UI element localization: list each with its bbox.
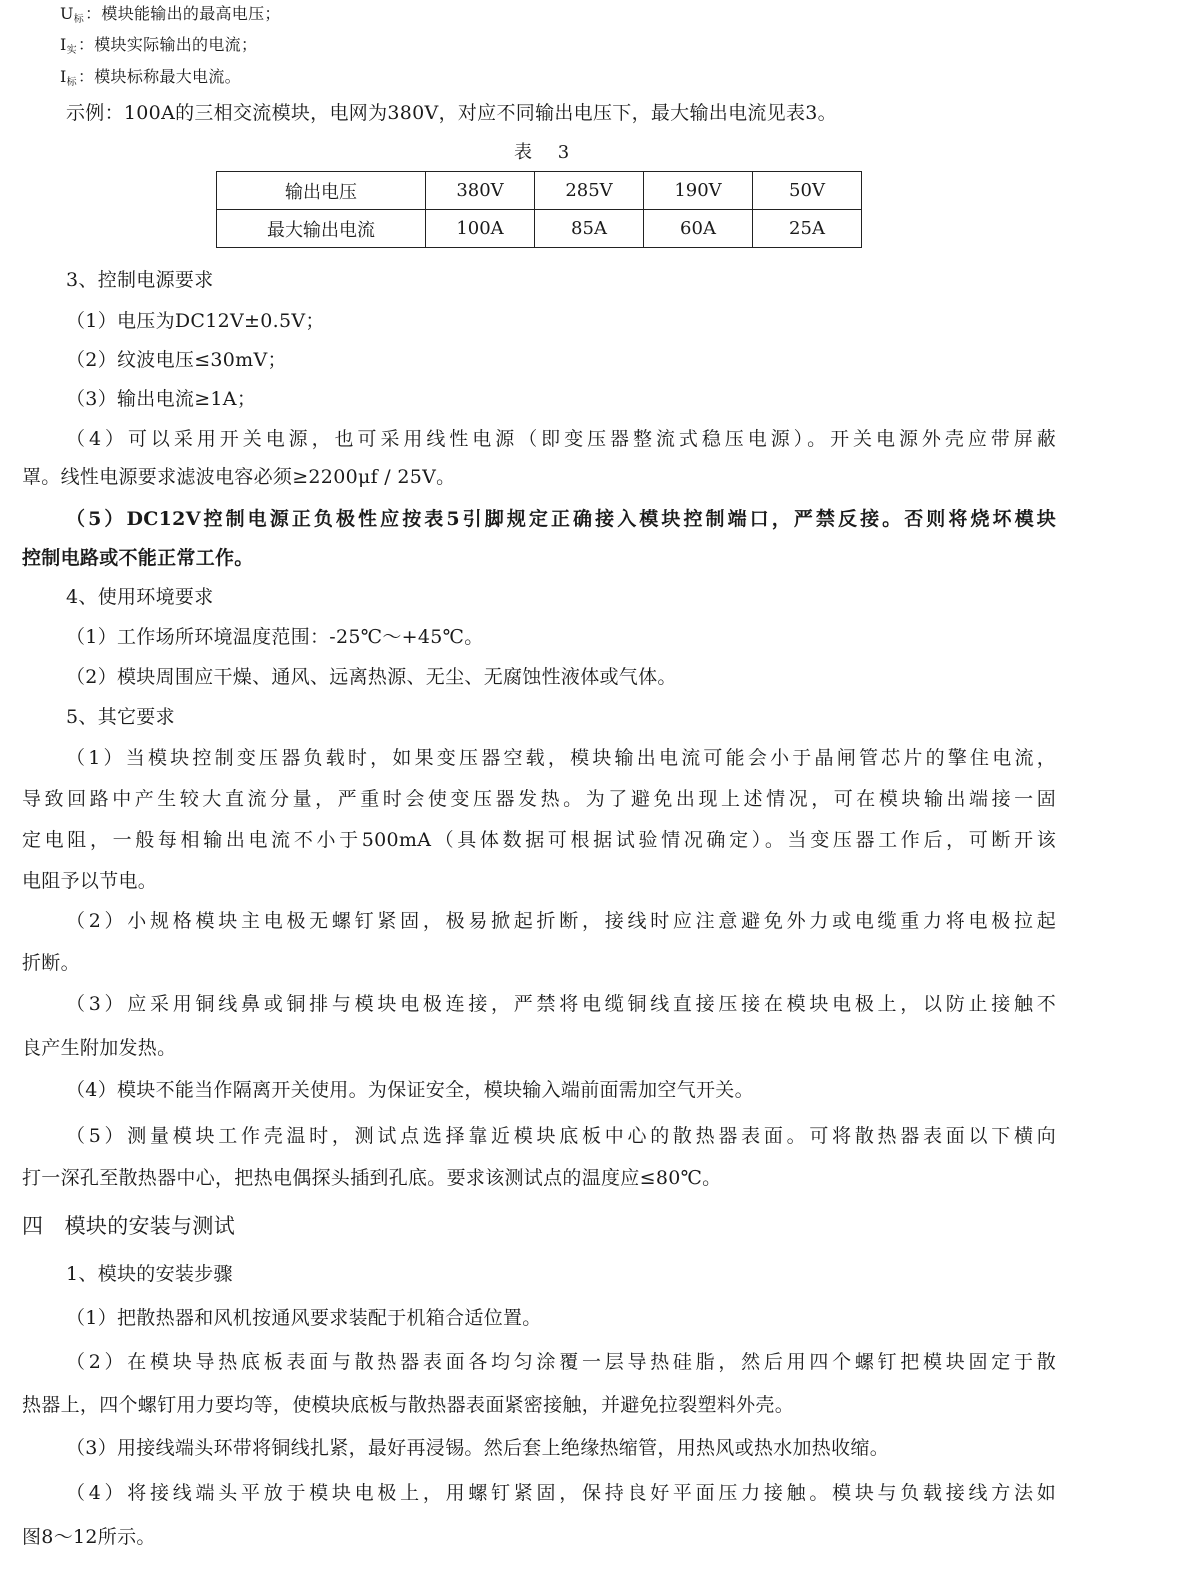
section-5-item-3-line-2: 良产生附加发热。 bbox=[22, 1036, 176, 1060]
section-3-item-2: （2）纹波电压≤30mV； bbox=[66, 348, 287, 372]
table-cell: 60A bbox=[644, 210, 753, 248]
subsection-1-title: 1、模块的安装步骤 bbox=[66, 1262, 233, 1286]
subscript: 标 bbox=[67, 77, 77, 88]
table-cell: 50V bbox=[753, 172, 862, 210]
section-3-item-4-line-2: 罩。线性电源要求滤波电容必须≥2200μf / 25V。 bbox=[22, 465, 455, 489]
install-step-4-line-2: 图8～12所示。 bbox=[22, 1525, 156, 1549]
symbol: I bbox=[60, 35, 67, 54]
table-cell: 190V bbox=[644, 172, 753, 210]
section-3-item-5-line-2: 控制电路或不能正常工作。 bbox=[22, 546, 254, 570]
section-5-item-1-line-2: 导致回路中产生较大直流分量，严重时会使变压器发热。为了避免出现上述情况，可在模块… bbox=[22, 787, 1056, 811]
section-3-item-3: （3）输出电流≥1A； bbox=[66, 387, 256, 411]
section-3-item-1: （1）电压为DC12V±0.5V； bbox=[66, 309, 325, 333]
section-5-item-1-line-3: 定电阻，一般每相输出电流不小于500mA（具体数据可根据试验情况确定）。当变压器… bbox=[22, 828, 1056, 852]
definition-u-rated: U标：模块能输出的最高电压； bbox=[60, 2, 281, 32]
section-5-item-4: （4）模块不能当作隔离开关使用。为保证安全，模块输入端前面需加空气开关。 bbox=[66, 1078, 754, 1102]
definition-text: ：模块标称最大电流。 bbox=[78, 67, 241, 86]
subscript: 实 bbox=[67, 45, 77, 56]
install-step-2-line-2: 热器上，四个螺钉用力要均等，使模块底板与散热器表面紧密接触，并避免拉裂塑料外壳。 bbox=[22, 1393, 794, 1417]
table-cell: 100A bbox=[426, 210, 535, 248]
definition-i-actual: I实：模块实际输出的电流； bbox=[60, 33, 257, 63]
section-4-title: 4、使用环境要求 bbox=[66, 585, 214, 609]
section-5-title: 5、其它要求 bbox=[66, 705, 175, 729]
install-step-2-line-1: （2）在模块导热底板表面与散热器表面各均匀涂覆一层导热硅脂，然后用四个螺钉把模块… bbox=[66, 1350, 1056, 1374]
symbol: I bbox=[60, 67, 67, 86]
table-cell: 85A bbox=[535, 210, 644, 248]
table-row: 最大输出电流 100A 85A 60A 25A bbox=[217, 210, 862, 248]
section-3-item-5-line-1: （5）DC12V控制电源正负极性应按表5引脚规定正确接入模块控制端口，严禁反接。… bbox=[66, 507, 1056, 531]
section-3-item-4-line-1: （4）可以采用开关电源，也可采用线性电源（即变压器整流式稳压电源）。开关电源外壳… bbox=[66, 427, 1056, 451]
install-step-3: （3）用接线端头环带将铜线扎紧，最好再浸锡。然后套上绝缘热缩管，用热风或热水加热… bbox=[66, 1436, 889, 1460]
section-5-item-1-line-4: 电阻予以节电。 bbox=[22, 869, 157, 893]
definition-i-rated: I标：模块标称最大电流。 bbox=[60, 65, 241, 95]
section-5-item-2-line-2: 折断。 bbox=[22, 951, 80, 975]
row-header: 输出电压 bbox=[217, 172, 426, 210]
section-5-item-1-line-1: （1）当模块控制变压器负载时，如果变压器空载，模块输出电流可能会小于晶闸管芯片的… bbox=[66, 746, 1056, 770]
install-step-4-line-1: （4）将接线端头平放于模块电极上，用螺钉紧固，保持良好平面压力接触。模块与负载接… bbox=[66, 1481, 1056, 1505]
symbol: U bbox=[60, 4, 74, 23]
section-5-item-2-line-1: （2）小规格模块主电极无螺钉紧固，极易掀起折断，接线时应注意避免外力或电缆重力将… bbox=[66, 909, 1056, 933]
example-text: 示例：100A的三相交流模块，电网为380V，对应不同输出电压下，最大输出电流见… bbox=[66, 101, 837, 125]
subscript: 标 bbox=[74, 14, 84, 25]
table-cell: 25A bbox=[753, 210, 862, 248]
section-5-item-3-line-1: （3）应采用铜线鼻或铜排与模块电极连接，严禁将电缆铜线直接压接在模块电极上，以防… bbox=[66, 992, 1056, 1016]
definition-text: ：模块实际输出的电流； bbox=[78, 35, 257, 54]
table-row: 输出电压 380V 285V 190V 50V bbox=[217, 172, 862, 210]
section-5-item-5-line-2: 打一深孔至散热器中心，把热电偶探头插到孔底。要求该测试点的温度应≤80℃。 bbox=[22, 1166, 721, 1190]
definition-text: ：模块能输出的最高电压； bbox=[85, 4, 281, 23]
section-4-item-2: （2）模块周围应干燥、通风、远离热源、无尘、无腐蚀性液体或气体。 bbox=[66, 665, 677, 689]
table-cell: 380V bbox=[426, 172, 535, 210]
table-caption: 表 3 bbox=[514, 138, 579, 164]
table-3: 输出电压 380V 285V 190V 50V 最大输出电流 100A 85A … bbox=[216, 171, 862, 248]
section-5-item-5-line-1: （5）测量模块工作壳温时，测试点选择靠近模块底板中心的散热器表面。可将散热器表面… bbox=[66, 1124, 1056, 1148]
row-header: 最大输出电流 bbox=[217, 210, 426, 248]
section-4-item-1: （1）工作场所环境温度范围：-25℃～+45℃。 bbox=[66, 625, 484, 649]
section-3-title: 3、控制电源要求 bbox=[66, 268, 214, 292]
table-cell: 285V bbox=[535, 172, 644, 210]
chapter-4-title: 四 模块的安装与测试 bbox=[22, 1214, 235, 1238]
install-step-1: （1）把散热器和风机按通风要求装配于机箱合适位置。 bbox=[66, 1306, 542, 1330]
